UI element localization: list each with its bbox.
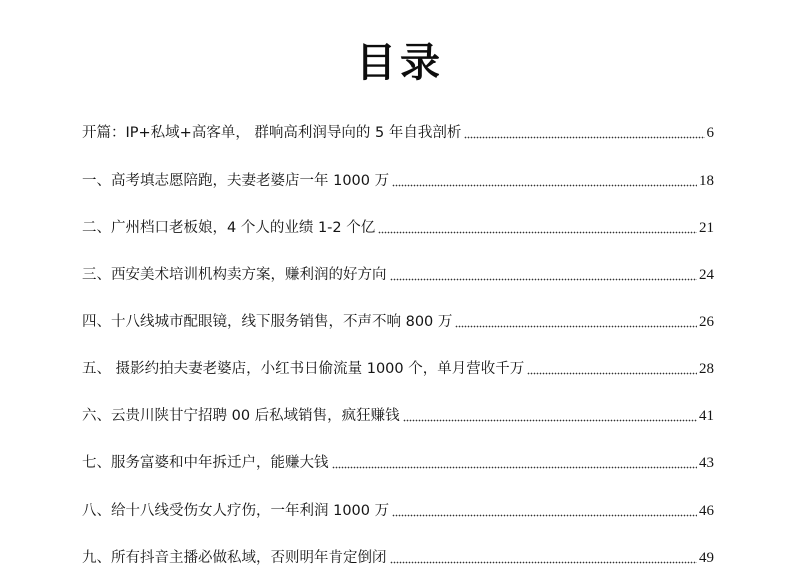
toc-entry-6[interactable]: 六、云贵川陕甘宁招聘 00 后私域销售，疯狂赚钱 41 xyxy=(82,405,714,427)
dot-leader xyxy=(403,408,697,422)
toc-page-number: 46 xyxy=(699,500,714,522)
toc-entry-label: 九、所有抖音主播必做私域，否则明年肯定倒闭 xyxy=(82,547,387,569)
toc-entry-label: 一、高考填志愿陪跑，夫妻老婆店一年 1000 万 xyxy=(82,170,389,192)
dot-leader xyxy=(527,361,697,375)
dot-leader xyxy=(392,503,697,517)
toc-entry-3[interactable]: 三、西安美术培训机构卖方案，赚利润的好方向 24 xyxy=(82,264,714,286)
dot-leader xyxy=(392,173,697,187)
toc-page-number: 6 xyxy=(707,122,715,144)
toc-page-number: 24 xyxy=(699,264,714,286)
toc-page-number: 18 xyxy=(699,170,714,192)
page-title: 目录 xyxy=(0,36,800,90)
dot-leader xyxy=(378,220,697,234)
dot-leader xyxy=(455,314,697,328)
toc-page-number: 26 xyxy=(699,311,714,333)
toc-entry-label: 六、云贵川陕甘宁招聘 00 后私域销售，疯狂赚钱 xyxy=(82,405,400,427)
toc-entry-4[interactable]: 四、十八线城市配眼镜，线下服务销售，不声不响 800 万 26 xyxy=(82,311,714,333)
toc-entry-9[interactable]: 九、所有抖音主播必做私域，否则明年肯定倒闭 49 xyxy=(82,547,714,569)
toc-entry-label: 开篇：IP+私域+高客单， 群响高利润导向的 5 年自我剖析 xyxy=(82,122,461,144)
toc-page-number: 43 xyxy=(699,452,714,474)
toc-entry-2[interactable]: 二、广州档口老板娘，4 个人的业绩 1-2 个亿 21 xyxy=(82,217,714,239)
toc-page-number: 21 xyxy=(699,217,714,239)
toc-entry-1[interactable]: 一、高考填志愿陪跑，夫妻老婆店一年 1000 万 18 xyxy=(82,170,714,192)
toc-entry-intro[interactable]: 开篇：IP+私域+高客单， 群响高利润导向的 5 年自我剖析 6 xyxy=(82,122,714,144)
dot-leader xyxy=(332,455,698,469)
toc-entry-label: 七、服务富婆和中年拆迁户，能赚大钱 xyxy=(82,452,329,474)
toc-entry-label: 四、十八线城市配眼镜，线下服务销售，不声不响 800 万 xyxy=(82,311,452,333)
toc-entry-8[interactable]: 八、给十八线受伤女人疗伤，一年利润 1000 万 46 xyxy=(82,500,714,522)
toc-entry-label: 三、西安美术培训机构卖方案，赚利润的好方向 xyxy=(82,264,387,286)
toc-entry-label: 八、给十八线受伤女人疗伤，一年利润 1000 万 xyxy=(82,500,389,522)
toc-entry-5[interactable]: 五、 摄影约拍夫妻老婆店，小红书日偷流量 1000 个，单月营收千万 28 xyxy=(82,358,714,380)
toc-page-number: 49 xyxy=(699,547,714,569)
toc-page-number: 28 xyxy=(699,358,714,380)
toc-page-number: 41 xyxy=(699,405,714,427)
dot-leader xyxy=(390,550,698,564)
dot-leader xyxy=(390,267,698,281)
dot-leader xyxy=(464,125,704,139)
toc-entry-7[interactable]: 七、服务富婆和中年拆迁户，能赚大钱 43 xyxy=(82,452,714,474)
toc-entry-label: 二、广州档口老板娘，4 个人的业绩 1-2 个亿 xyxy=(82,217,375,239)
toc-entry-label: 五、 摄影约拍夫妻老婆店，小红书日偷流量 1000 个，单月营收千万 xyxy=(82,358,524,380)
